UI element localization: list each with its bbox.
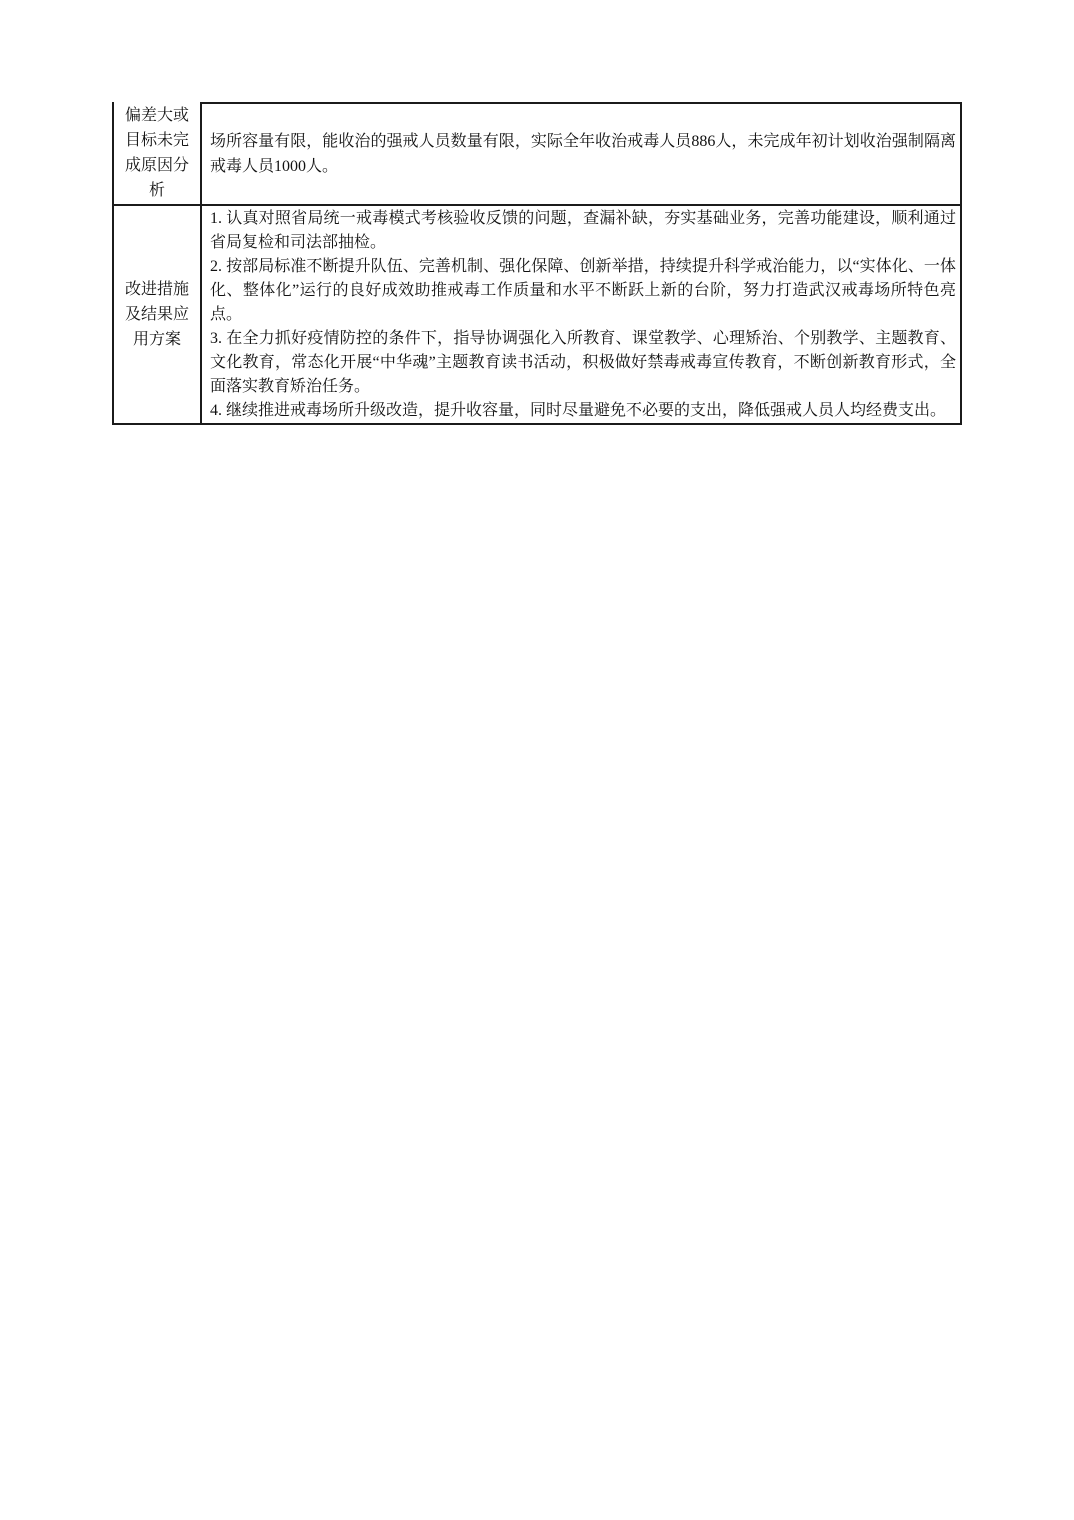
report-table: 偏差大或目标未完成原因分析 场所容量有限，能收治的强戒人员数量有限，实际全年收治… <box>112 102 962 425</box>
improvement-measure-item-4: 4. 继续推进戒毒场所升级改造，提升收容量，同时尽量避免不必要的支出，降低强戒人… <box>210 399 956 423</box>
row-label-wrapper: 偏差大或目标未完成原因分析 <box>114 102 200 204</box>
row-content-wrapper: 场所容量有限，能收治的强戒人员数量有限，实际全年收治戒毒人员886人，未完成年初… <box>202 104 960 204</box>
deviation-analysis-paragraph: 场所容量有限，能收治的强戒人员数量有限，实际全年收治戒毒人员886人，未完成年初… <box>210 129 956 179</box>
row-label-deviation-analysis: 偏差大或目标未完成原因分析 <box>119 103 195 203</box>
row-label-cell-deviation-analysis: 偏差大或目标未完成原因分析 <box>112 102 200 206</box>
row-label-cell-improvement-measures: 改进措施及结果应用方案 <box>112 206 200 425</box>
row-label-wrapper: 改进措施及结果应用方案 <box>114 206 200 423</box>
row-content-cell-deviation-analysis: 场所容量有限，能收治的强戒人员数量有限，实际全年收治戒毒人员886人，未完成年初… <box>200 102 962 206</box>
row-content-cell-improvement-measures: 1. 认真对照省局统一戒毒模式考核验收反馈的问题，查漏补缺，夯实基础业务，完善功… <box>200 206 962 425</box>
row-content-wrapper: 1. 认真对照省局统一戒毒模式考核验收反馈的问题，查漏补缺，夯实基础业务，完善功… <box>202 206 960 423</box>
improvement-measure-item-3: 3. 在全力抓好疫情防控的条件下，指导协调强化入所教育、课堂教学、心理矫治、个别… <box>210 327 956 399</box>
row-label-improvement-measures: 改进措施及结果应用方案 <box>119 277 195 352</box>
improvement-measure-item-1: 1. 认真对照省局统一戒毒模式考核验收反馈的问题，查漏补缺，夯实基础业务，完善功… <box>210 207 956 255</box>
improvement-measure-item-2: 2. 按部局标准不断提升队伍、完善机制、强化保障、创新举措，持续提升科学戒治能力… <box>210 255 956 327</box>
document-page: 偏差大或目标未完成原因分析 场所容量有限，能收治的强戒人员数量有限，实际全年收治… <box>0 0 1074 1520</box>
